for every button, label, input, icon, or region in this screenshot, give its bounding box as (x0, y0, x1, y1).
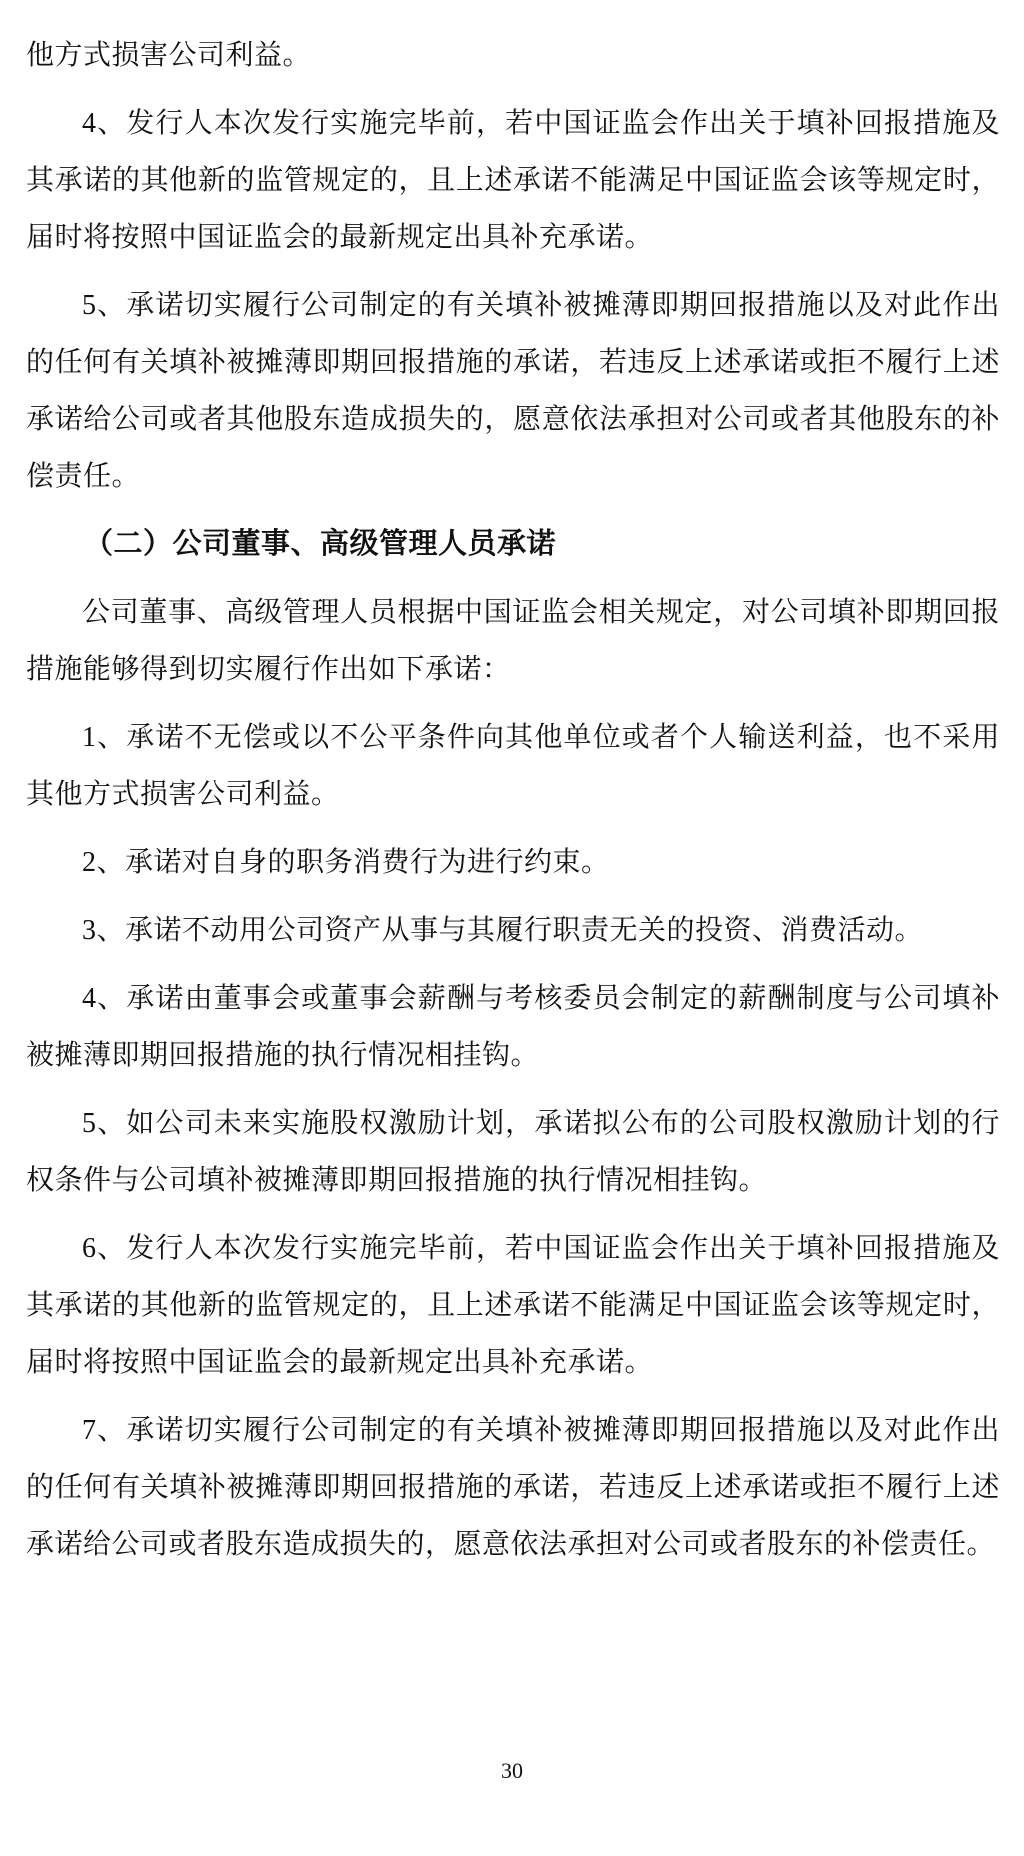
paragraph: 5、如公司未来实施股权激励计划，承诺拟公布的公司股权激励计划的行权条件与公司填补… (26, 1095, 1000, 1209)
paragraph: 7、承诺切实履行公司制定的有关填补被摊薄即期回报措施以及对此作出的任何有关填补被… (26, 1402, 1000, 1573)
page-footer: 30 (0, 1758, 1024, 1784)
paragraph: 公司董事、高级管理人员根据中国证监会相关规定，对公司填补即期回报措施能够得到切实… (26, 584, 1000, 698)
paragraph: 他方式损害公司利益。 (26, 27, 1000, 84)
section-heading: （二）公司董事、高级管理人员承诺 (26, 516, 1000, 573)
document-page: 他方式损害公司利益。4、发行人本次发行实施完毕前，若中国证监会作出关于填补回报措… (0, 0, 1024, 1856)
paragraph: 5、承诺切实履行公司制定的有关填补被摊薄即期回报措施以及对此作出的任何有关填补被… (26, 277, 1000, 505)
paragraph: 4、承诺由董事会或董事会薪酬与考核委员会制定的薪酬制度与公司填补被摊薄即期回报措… (26, 970, 1000, 1084)
paragraph: 3、承诺不动用公司资产从事与其履行职责无关的投资、消费活动。 (26, 902, 1000, 959)
paragraph: 2、承诺对自身的职务消费行为进行约束。 (26, 834, 1000, 891)
paragraph: 4、发行人本次发行实施完毕前，若中国证监会作出关于填补回报措施及其承诺的其他新的… (26, 95, 1000, 266)
paragraph: 1、承诺不无偿或以不公平条件向其他单位或者个人输送利益，也不采用其他方式损害公司… (26, 709, 1000, 823)
page-number: 30 (501, 1758, 523, 1783)
paragraph: 6、发行人本次发行实施完毕前，若中国证监会作出关于填补回报措施及其承诺的其他新的… (26, 1220, 1000, 1391)
document-content: 他方式损害公司利益。4、发行人本次发行实施完毕前，若中国证监会作出关于填补回报措… (26, 27, 1000, 1584)
